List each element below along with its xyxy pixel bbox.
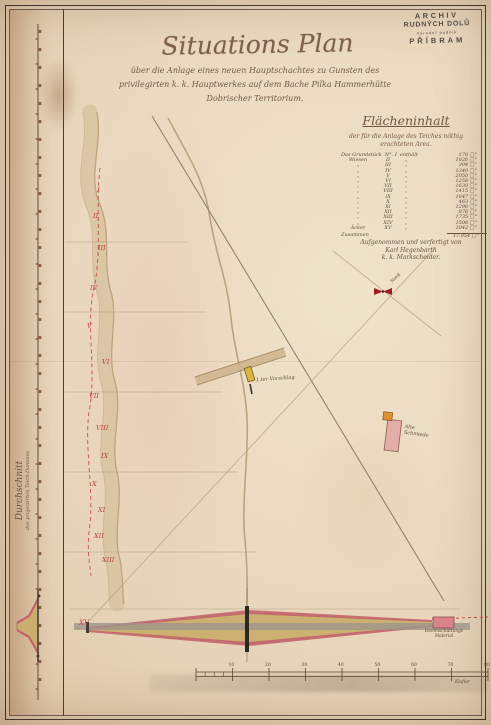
parcel-numeral: V <box>87 322 92 330</box>
scale-number: 60 <box>411 663 417 668</box>
parcel-numeral: VII <box>89 392 99 400</box>
archive-stamp: ARCHIV RUDNÝCH DOLŮ národní podnik PŘÍBR… <box>393 10 482 46</box>
dam-gray-band <box>74 623 470 630</box>
scale-bar <box>196 668 488 681</box>
area-subheading-2: erachteten Area. <box>330 141 482 148</box>
parcel-numeral: XI <box>98 506 105 514</box>
parcel-numeral: VI <box>102 358 109 366</box>
proposal1-mark <box>250 384 252 394</box>
map-subtitle-3: Dobrischer Territorium. <box>105 94 405 103</box>
profile-caption: Durchschnitt des projectirten Teich-Damm… <box>15 423 31 558</box>
profile-subtitle: des projectirten Teich-Dammes <box>25 423 31 558</box>
dam-parcel-numeral: XV <box>79 619 89 627</box>
parcel-numeral: IV <box>90 284 97 292</box>
scale-number: 10 <box>229 663 235 668</box>
left-strip-separator <box>63 9 64 716</box>
profile-title: Durchschnitt <box>15 423 25 558</box>
scale-number: 20 <box>265 663 271 668</box>
area-table-row: ÄckerXV„1042 □° <box>341 226 487 231</box>
legend-label: Dammschüttungs Material <box>424 630 464 640</box>
area-table: Das Grundstück N°. I enthält 170 □° Wies… <box>341 153 487 239</box>
parcel-numeral: XIII <box>102 556 114 564</box>
shaft-mark <box>245 606 249 652</box>
scale-unit-label: Klafter <box>455 680 470 685</box>
map-drawing <box>0 0 491 725</box>
signature-line: Aufgenommen und verfertigt von <box>336 239 486 247</box>
legend-label-line: Material <box>424 635 464 640</box>
smithy-building <box>384 419 402 451</box>
proposal1-building <box>244 366 255 381</box>
area-table-cell: 1042 □° <box>411 226 487 231</box>
cross-mark <box>37 655 40 658</box>
scale-number: 70 <box>448 663 454 668</box>
signature-line: Karl Hegenbarth <box>336 247 486 255</box>
map-sheet: ARCHIV RUDNÝCH DOLŮ národní podnik PŘÍBR… <box>0 0 491 725</box>
area-table-cell: XV <box>375 226 401 231</box>
area-table-cell: Äcker <box>341 226 375 231</box>
road-edge <box>195 348 284 377</box>
survey-diagonal <box>88 247 436 622</box>
cross-mark <box>38 595 41 598</box>
signature-block: Aufgenommen und verfertigt von Karl Hege… <box>336 239 486 262</box>
legend-swatch <box>433 617 454 628</box>
scale-number: 30 <box>302 663 308 668</box>
parcel-numeral: X <box>92 480 97 488</box>
area-subheading-1: der für die Anlage des Teiches nöthig <box>330 133 482 140</box>
survey-diagonal <box>333 251 441 336</box>
scale-number: 80 <box>484 663 490 668</box>
compass-center <box>382 290 384 292</box>
area-table-cell: „ <box>401 226 411 231</box>
map-subtitle-1: über die Anlage eines neuen Hauptschacht… <box>105 66 405 75</box>
smithy-annex <box>383 412 393 421</box>
parcel-numeral: XII <box>94 532 104 540</box>
parcel-numeral: I <box>97 186 100 194</box>
scale-number: 40 <box>338 663 344 668</box>
scale-number: 50 <box>375 663 381 668</box>
parcel-numeral: II <box>93 212 98 220</box>
map-subtitle-2: privilegirten k. k. Hauptwerkes auf dem … <box>105 80 405 89</box>
parcel-numeral: VIII <box>96 424 108 432</box>
parcel-numeral: III <box>98 244 106 252</box>
signature-line: k. k. Markscheider. <box>336 254 486 262</box>
area-table-rows: WiesenII„1026 □°„III„304 □°„IV„1340 □°„V… <box>341 158 487 231</box>
parcel-numeral: IX <box>101 452 108 460</box>
area-heading: Flächeninhalt <box>336 113 476 128</box>
map-title: Situations Plan <box>125 28 390 62</box>
